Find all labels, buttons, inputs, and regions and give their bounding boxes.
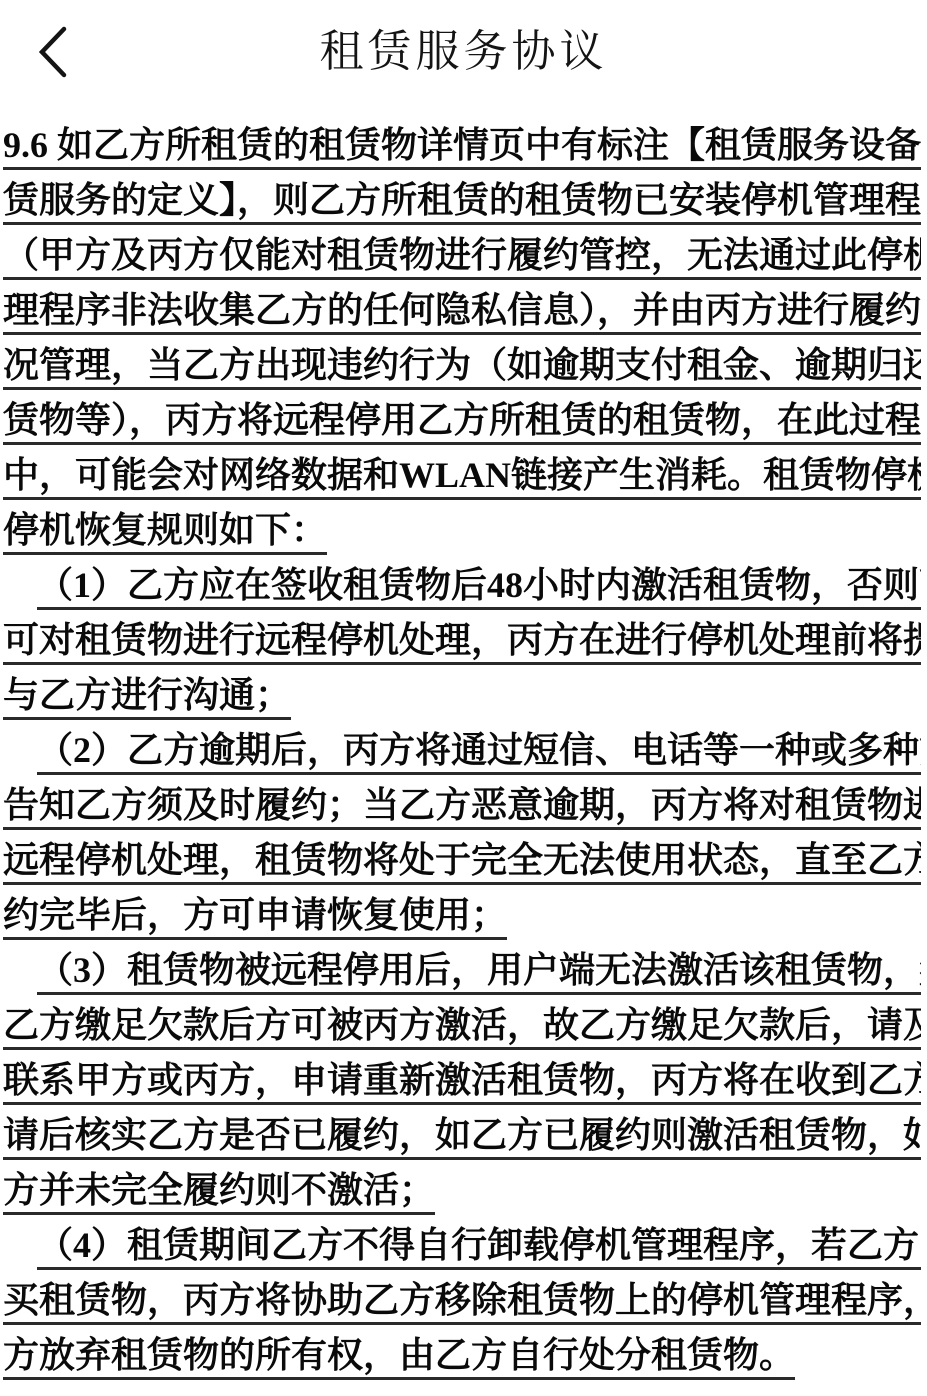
- agreement-line: 买租赁物，丙方将协助乙方移除租赁物上的停机管理程序，甲: [3, 1273, 921, 1328]
- agreement-line: 告知乙方须及时履约；当乙方恶意逾期，丙方将对租赁物进行: [3, 778, 921, 833]
- agreement-line-text: 况管理，当乙方出现违约行为（如逾期支付租金、逾期归还租: [3, 345, 921, 385]
- agreement-line-text: 告知乙方须及时履约；当乙方恶意逾期，丙方将对租赁物进行: [3, 785, 921, 825]
- agreement-line-text: 约完毕后，方可申请恢复使用；: [3, 895, 507, 935]
- agreement-line-text: （甲方及丙方仅能对租赁物进行履约管控，无法通过此停机管: [3, 235, 921, 275]
- agreement-line-text: 买租赁物，丙方将协助乙方移除租赁物上的停机管理程序，甲: [3, 1280, 921, 1320]
- agreement-paragraph: （1）乙方应在签收租赁物后48小时内激活租赁物，否则丙方可对租赁物进行远程停机处…: [3, 558, 921, 723]
- navigation-bar: 租赁服务协议: [0, 0, 927, 104]
- agreement-line-text: （3）租赁物被远程停用后，用户端无法激活该租赁物，须待: [37, 950, 921, 990]
- agreement-line: 方放弃租赁物的所有权，由乙方自行处分租赁物。: [3, 1328, 921, 1383]
- agreement-line: 与乙方进行沟通；: [3, 668, 921, 723]
- agreement-line: 理程序非法收集乙方的任何隐私信息），并由丙方进行履约情: [3, 283, 921, 338]
- agreement-line-text: 方并未完全履约则不激活；: [3, 1170, 435, 1210]
- agreement-line-text: 联系甲方或丙方，申请重新激活租赁物，丙方将在收到乙方申: [3, 1060, 921, 1100]
- agreement-line: 赁服务的定义】，则乙方所租赁的租赁物已安装停机管理程序: [3, 173, 921, 228]
- agreement-line-text: （4）租赁期间乙方不得自行卸载停机管理程序，若乙方已购: [37, 1225, 921, 1265]
- agreement-line: 约完毕后，方可申请恢复使用；: [3, 888, 921, 943]
- agreement-line-text: （1）乙方应在签收租赁物后48小时内激活租赁物，否则丙方: [37, 565, 921, 605]
- agreement-line: 乙方缴足欠款后方可被丙方激活，故乙方缴足欠款后，请及时: [3, 998, 921, 1053]
- agreement-paragraph: （3）租赁物被远程停用后，用户端无法激活该租赁物，须待乙方缴足欠款后方可被丙方激…: [3, 943, 921, 1218]
- agreement-line-text: 可对租赁物进行远程停机处理，丙方在进行停机处理前将提前: [3, 620, 921, 660]
- agreement-line: （3）租赁物被远程停用后，用户端无法激活该租赁物，须待: [3, 943, 921, 998]
- agreement-line-text: 中，可能会对网络数据和WLAN链接产生消耗。租赁物停机及: [3, 455, 921, 495]
- agreement-line: （甲方及丙方仅能对租赁物进行履约管控，无法通过此停机管: [3, 228, 921, 283]
- agreement-line: 停机恢复规则如下：: [3, 503, 921, 558]
- agreement-body: 9.6 如乙方所租赁的租赁物详情页中有标注【租赁服务设备及租赁服务的定义】，则乙…: [0, 104, 927, 1383]
- agreement-line: （4）租赁期间乙方不得自行卸载停机管理程序，若乙方已购: [3, 1218, 921, 1273]
- agreement-line: 况管理，当乙方出现违约行为（如逾期支付租金、逾期归还租: [3, 338, 921, 393]
- agreement-line: 赁物等），丙方将远程停用乙方所租赁的租赁物，在此过程: [3, 393, 921, 448]
- agreement-line-text: 赁物等），丙方将远程停用乙方所租赁的租赁物，在此过程: [3, 400, 921, 440]
- agreement-line-text: 与乙方进行沟通；: [3, 675, 291, 715]
- page-title: 租赁服务协议: [0, 0, 927, 104]
- agreement-line: 联系甲方或丙方，申请重新激活租赁物，丙方将在收到乙方申: [3, 1053, 921, 1108]
- agreement-line-text: 理程序非法收集乙方的任何隐私信息），并由丙方进行履约情: [3, 290, 921, 330]
- agreement-paragraph: （4）租赁期间乙方不得自行卸载停机管理程序，若乙方已购买租赁物，丙方将协助乙方移…: [3, 1218, 921, 1383]
- agreement-paragraph: 9.6 如乙方所租赁的租赁物详情页中有标注【租赁服务设备及租赁服务的定义】，则乙…: [3, 118, 921, 558]
- agreement-line: （1）乙方应在签收租赁物后48小时内激活租赁物，否则丙方: [3, 558, 921, 613]
- agreement-line: 方并未完全履约则不激活；: [3, 1163, 921, 1218]
- back-button[interactable]: [22, 14, 82, 90]
- agreement-line-text: （2）乙方逾期后，丙方将通过短信、电话等一种或多种方式: [37, 730, 921, 770]
- agreement-line-text: 停机恢复规则如下：: [3, 510, 327, 550]
- agreement-line: （2）乙方逾期后，丙方将通过短信、电话等一种或多种方式: [3, 723, 921, 778]
- agreement-line-text: 赁服务的定义】，则乙方所租赁的租赁物已安装停机管理程序: [3, 180, 921, 220]
- chevron-left-icon: [35, 24, 69, 80]
- agreement-line: 中，可能会对网络数据和WLAN链接产生消耗。租赁物停机及: [3, 448, 921, 503]
- agreement-line-text: 远程停机处理，租赁物将处于完全无法使用状态，直至乙方履: [3, 840, 921, 880]
- agreement-line: 请后核实乙方是否已履约，如乙方已履约则激活租赁物，如乙: [3, 1108, 921, 1163]
- agreement-paragraph: （2）乙方逾期后，丙方将通过短信、电话等一种或多种方式告知乙方须及时履约；当乙方…: [3, 723, 921, 943]
- agreement-line-text: 方放弃租赁物的所有权，由乙方自行处分租赁物。: [3, 1335, 795, 1375]
- agreement-line: 9.6 如乙方所租赁的租赁物详情页中有标注【租赁服务设备及租: [3, 118, 921, 173]
- agreement-line: 远程停机处理，租赁物将处于完全无法使用状态，直至乙方履: [3, 833, 921, 888]
- agreement-line-text: 请后核实乙方是否已履约，如乙方已履约则激活租赁物，如乙: [3, 1115, 921, 1155]
- agreement-line-text: 9.6 如乙方所租赁的租赁物详情页中有标注【租赁服务设备及租: [3, 125, 921, 165]
- agreement-line: 可对租赁物进行远程停机处理，丙方在进行停机处理前将提前: [3, 613, 921, 668]
- agreement-line-text: 乙方缴足欠款后方可被丙方激活，故乙方缴足欠款后，请及时: [3, 1005, 921, 1045]
